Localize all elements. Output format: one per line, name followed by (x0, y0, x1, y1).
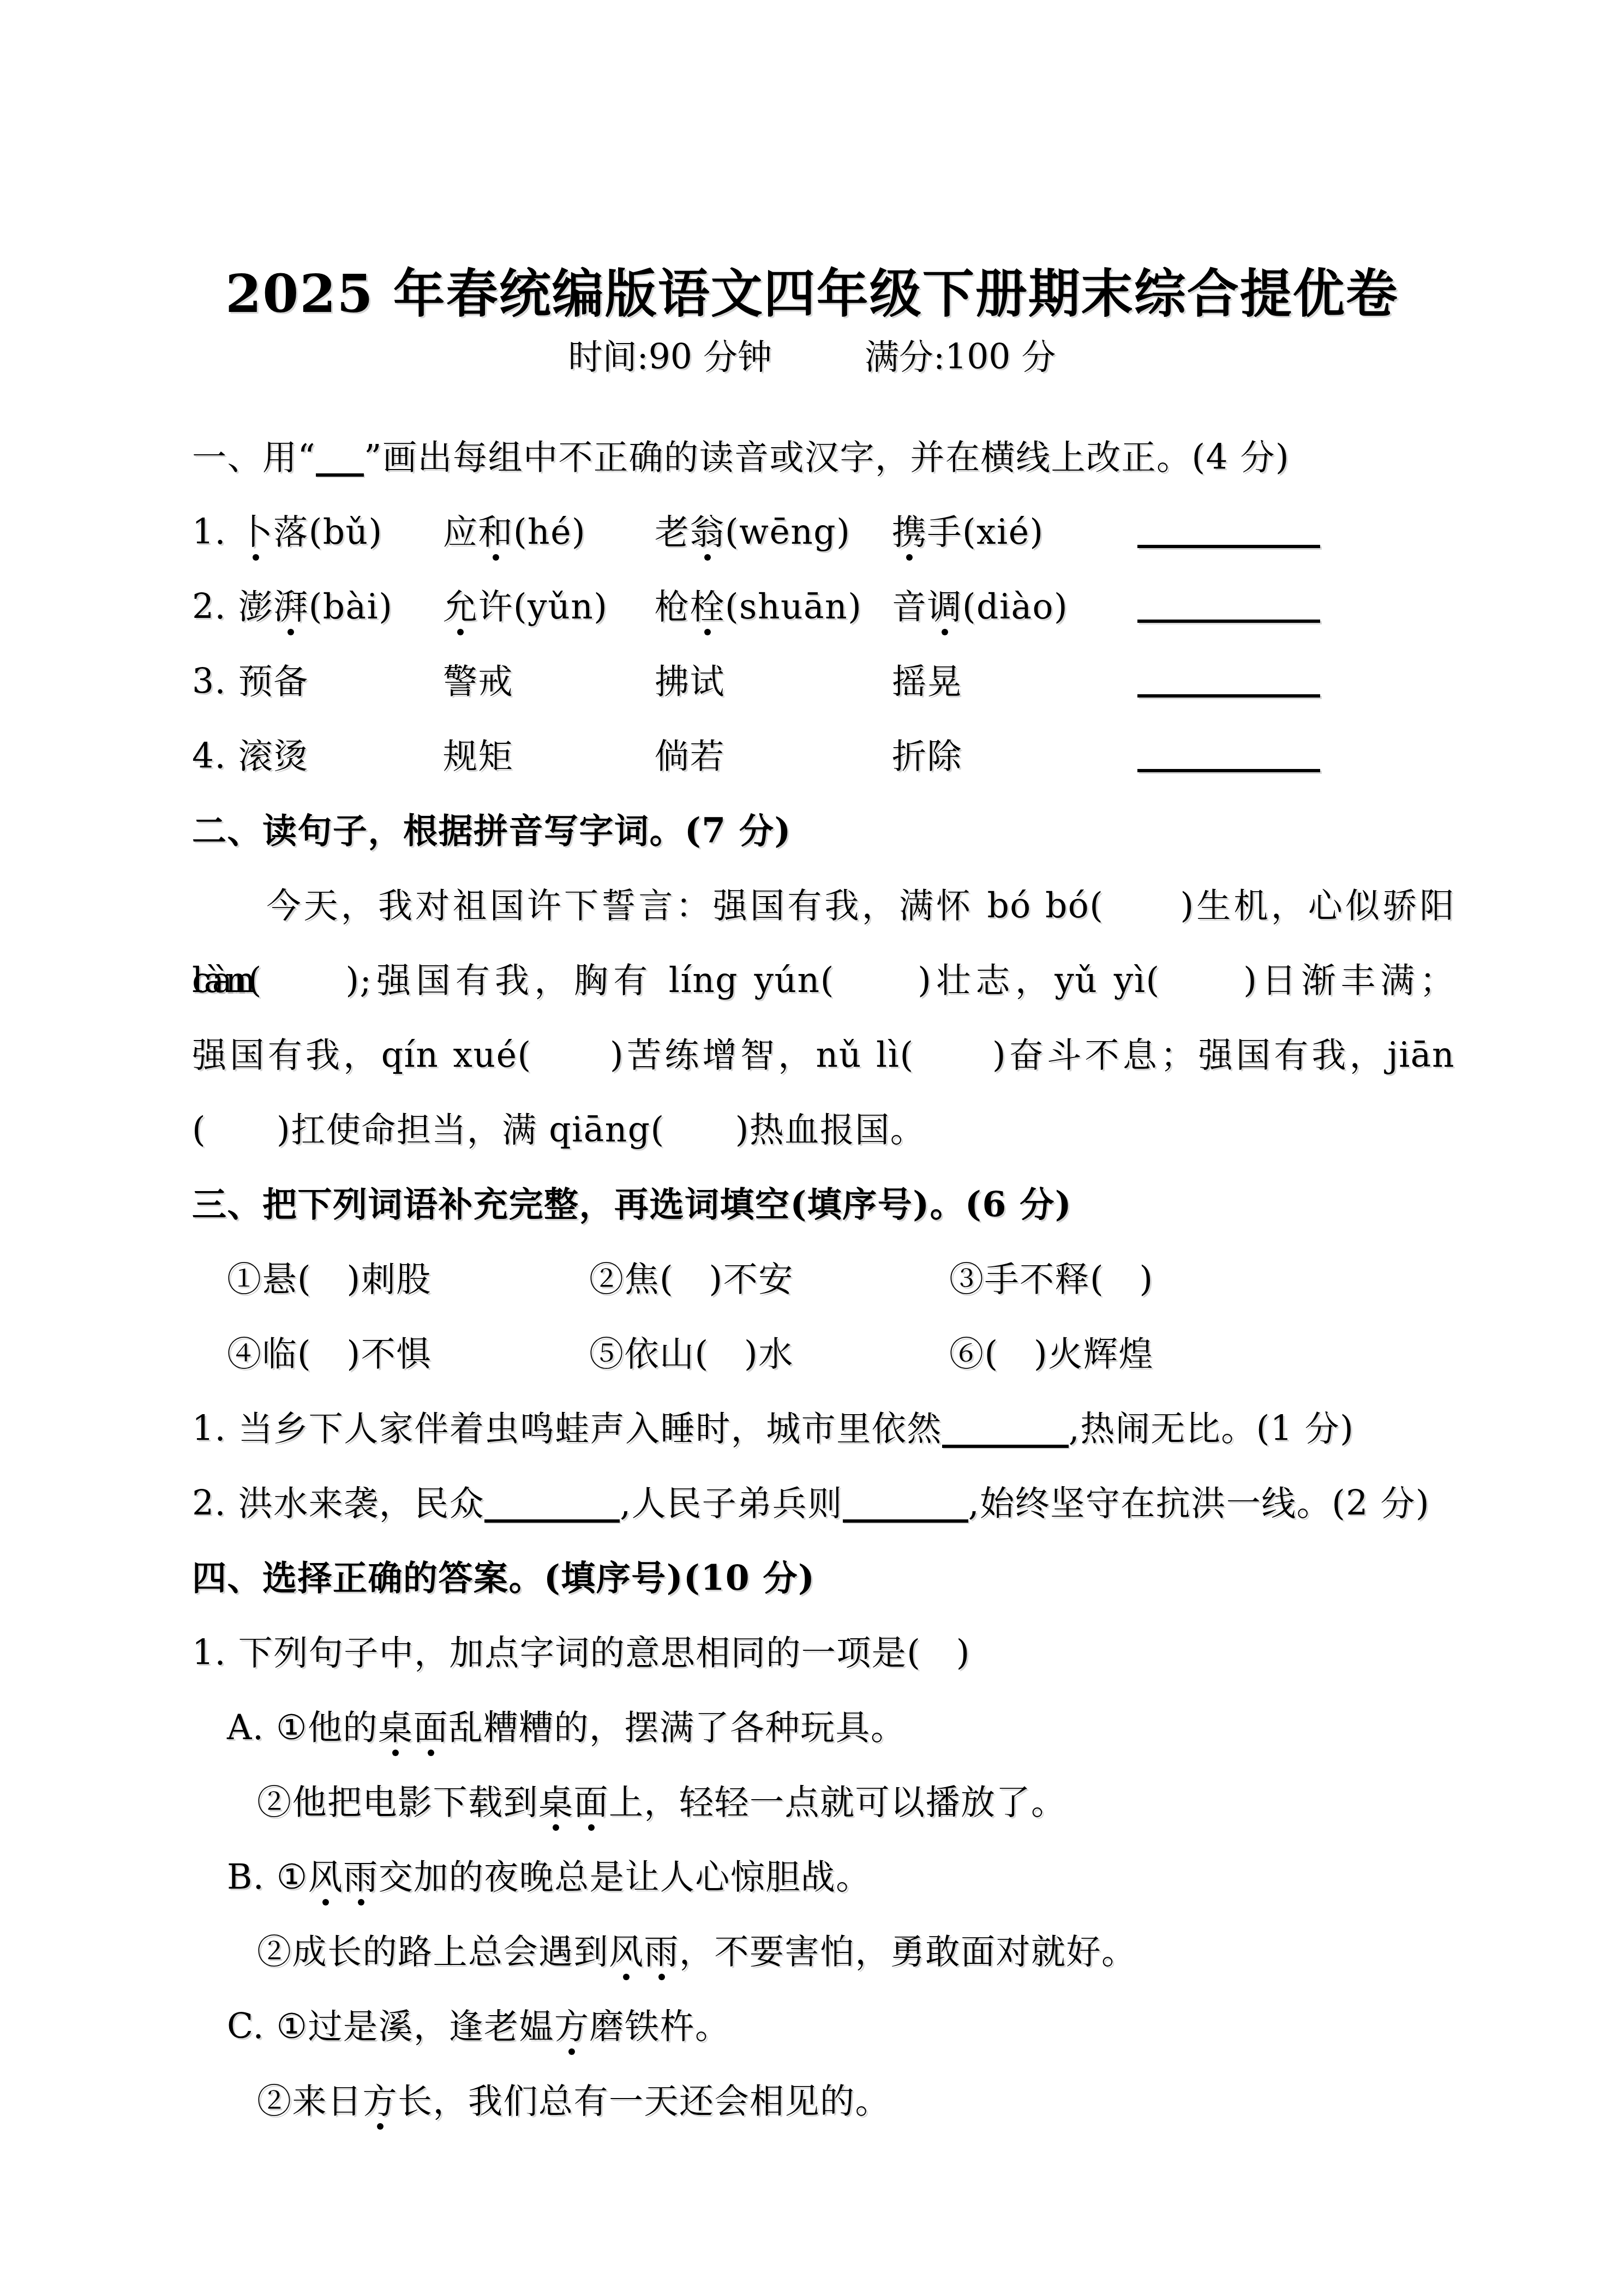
section1-row-3-item-4: 摇晃 (892, 644, 962, 719)
exam-body: 一、用“”画出每组中不正确的读音或汉字，并在横线上改正。(4 分)1. 卜落(b… (192, 420, 1455, 2138)
section3-idioms-row2-item-3: ⑥( )火辉煌 (949, 1317, 1154, 1391)
section1-row-3-item-3: 拂试 (655, 644, 725, 719)
section3-idioms-row1-item-2: ②焦( )不安 (589, 1242, 794, 1317)
answer-line (1137, 545, 1320, 548)
answer-blank (942, 1445, 1069, 1448)
emphasized-char: 风 (609, 1924, 644, 1974)
emphasized-char: 雨 (644, 1924, 680, 1974)
section4-heading: 四、选择正确的答案。(填序号)(10 分) (192, 1541, 1455, 1615)
section1-row-1: 1. 卜落(bǔ)应和(hé)老翁(wēng)携手(xié) (192, 495, 1455, 569)
section3-heading: 三、把下列词语补充完整，再选词填空(填序号)。(6 分) (192, 1167, 1455, 1242)
emphasized-char: 翁 (690, 504, 726, 554)
section3-idioms-row2-item-1: ④临( )不惧 (227, 1317, 432, 1391)
section3-idioms-row1: ①悬( )刺股②焦( )不安③手不释( ) (192, 1242, 1455, 1317)
section4-choice-C2: ②来日方长，我们总有一天还会相见的。 (192, 2064, 1455, 2138)
section1-row-2-item-3: 枪栓(shuān) (655, 569, 862, 644)
section1-row-4: 4. 滚烫规矩倘若折除 (192, 719, 1455, 794)
section3-idioms-row2-item-2: ⑤依山( )水 (589, 1317, 794, 1391)
section1-row-4-item-1: 4. 滚烫 (192, 719, 309, 794)
answer-blank (843, 1519, 968, 1523)
emphasized-char: 允 (443, 579, 478, 629)
emphasized-char: 桌 (378, 1700, 414, 1750)
section1-row-2-item-4: 音调(diào) (892, 569, 1068, 644)
emphasized-char: 面 (414, 1700, 449, 1750)
section2-para-line2: làn( );强国有我，胸有 líng yún( )壮志，yǔ yì( )日渐丰… (192, 943, 1455, 1018)
emphasized-char: 方 (554, 1999, 590, 2048)
section4-choice-A2: ②他把电影下载到桌面上，轻轻一点就可以播放了。 (192, 1765, 1455, 1840)
emphasized-char: 桌 (538, 1775, 574, 1824)
answer-line (1137, 620, 1320, 623)
section1-row-1-item-4: 携手(xié) (892, 495, 1044, 569)
section1-row-3-item-2: 警戒 (443, 644, 513, 719)
section1-row-1-item-1: 1. 卜落(bǔ) (192, 495, 383, 569)
section3-idioms-row2: ④临( )不惧⑤依山( )水⑥( )火辉煌 (192, 1317, 1455, 1391)
section1-row-3: 3. 预备警戒拂试摇晃 (192, 644, 1455, 719)
section1-row-4-item-2: 规矩 (443, 719, 513, 794)
section1-row-4-item-3: 倘若 (655, 719, 725, 794)
emphasized-char: 调 (927, 579, 963, 629)
section2-para-line4: ( )扛使命担当，满 qiāng( )热血报国。 (192, 1092, 1455, 1167)
section1-row-4-item-4: 折除 (892, 719, 962, 794)
section1-row-1-item-2: 应和(hé) (443, 495, 586, 569)
emphasized-char: 卜 (238, 504, 274, 554)
section1-heading: 一、用“”画出每组中不正确的读音或汉字，并在横线上改正。(4 分) (192, 420, 1455, 495)
section1-row-2-item-2: 允许(yǔn) (443, 569, 608, 644)
section3-idioms-row1-item-1: ①悬( )刺股 (227, 1242, 432, 1317)
answer-line (1137, 769, 1320, 772)
section4-choice-B2: ②成长的路上总会遇到风雨，不要害怕，勇敢面对就好。 (192, 1914, 1455, 1989)
emphasized-char: 携 (892, 504, 927, 554)
section1-row-1-item-3: 老翁(wēng) (655, 495, 850, 569)
section4-choice-A1: A. ①他的桌面乱糟糟的，摆满了各种玩具。 (192, 1690, 1455, 1765)
section2-para-line1: 今天，我对祖国许下誓言：强国有我，满怀 bó bó( )生机，心似骄阳 càn (192, 868, 1455, 943)
emphasized-char: 和 (478, 504, 514, 554)
exam-time: 时间:90 分钟 (568, 337, 772, 377)
answer-blank (316, 473, 364, 477)
section1-row-2: 2. 澎湃(bài)允许(yǔn)枪栓(shuān)音调(diào) (192, 569, 1455, 644)
section2-para-line3: 强国有我，qín xué( )苦练增智，nǔ lì( )奋斗不息；强国有我，ji… (192, 1018, 1455, 1092)
answer-line (1137, 694, 1320, 698)
page-title: 2025 年春统编版语文四年级下册期末综合提优卷 (0, 0, 1624, 324)
section2-heading: 二、读句子，根据拼音写字词。(7 分) (192, 794, 1455, 868)
emphasized-char: 方 (363, 2073, 398, 2123)
exam-score: 满分:100 分 (865, 337, 1056, 377)
section4-q1: 1. 下列句子中，加点字词的意思相同的一项是( ) (192, 1615, 1455, 1690)
emphasized-char: 栓 (690, 579, 726, 629)
section3-idioms-row1-item-3: ③手不释( ) (949, 1242, 1154, 1317)
exam-paper-page: 2025 年春统编版语文四年级下册期末综合提优卷 时间:90 分钟满分:100 … (0, 0, 1624, 2296)
emphasized-char: 风 (308, 1849, 344, 1899)
exam-meta: 时间:90 分钟满分:100 分 (0, 324, 1624, 390)
section4-choice-B1: B. ①风雨交加的夜晚总是让人心惊胆战。 (192, 1840, 1455, 1914)
section3-q1: 1. 当乡下人家伴着虫鸣蛙声入睡时，城市里依然,热闹无比。(1 分) (192, 1391, 1455, 1466)
emphasized-char: 面 (574, 1775, 609, 1824)
answer-blank (484, 1519, 620, 1523)
section1-row-3-item-1: 3. 预备 (192, 644, 309, 719)
emphasized-char: 雨 (343, 1849, 379, 1899)
section4-choice-C1: C. ①过是溪，逢老媪方磨铁杵。 (192, 1989, 1455, 2064)
section1-row-2-item-1: 2. 澎湃(bài) (192, 569, 393, 644)
emphasized-char: 湃 (273, 579, 309, 629)
section3-q2: 2. 洪水来袭，民众,人民子弟兵则,始终坚守在抗洪一线。(2 分) (192, 1466, 1455, 1541)
